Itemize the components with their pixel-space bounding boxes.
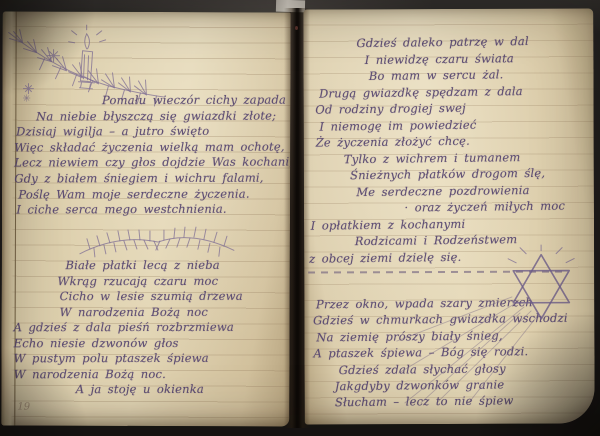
poem-line: Echo niesie dzwonów głos [14, 335, 286, 351]
poem-line: Dzisiaj wigilja – a jutro święto [14, 124, 286, 141]
poem-line: Wkrąg rzucają czaru moc [14, 273, 286, 289]
poem-stanza-left-2: Białe płatki lecą z nieba Wkrąg rzucają … [13, 258, 285, 398]
poem-line: Lecz niewiem czy głos dojdzie Was kochan… [14, 155, 286, 172]
poem-line: I ciche serca mego westchnienia. [14, 202, 286, 219]
left-page: ✳ Pomału wieczór cichy zapada Na niebie … [1, 11, 290, 426]
poem-line: W narodzenia Bożą noc [14, 304, 286, 320]
poem-line: Pomału wieczór cichy zapada [14, 93, 286, 110]
notebook-photo: ✳ Pomału wieczór cichy zapada Na niebie … [0, 0, 600, 436]
right-page: Gdzieś daleko patrzę w dal I niewidzę cz… [303, 8, 594, 424]
poem-line: Cicho w lesie szumią drzewa [14, 289, 286, 305]
poem-stanza-right-1: Gdzieś daleko patrzę w dal I niewidzę cz… [306, 32, 591, 266]
poem-line: A gdzieś z dala pieśń rozbrzmiewa [14, 320, 286, 336]
dashed-divider-line [308, 271, 564, 274]
poem-line: Na niebie błyszczą się gwiazdki złote; [14, 108, 286, 125]
poem-line: W narodzenia Bożą noc. [14, 366, 286, 382]
ink-speck [295, 26, 298, 30]
poem-line: Słucham – lecz to nie śpiew [309, 392, 591, 411]
poem-line: z obcej ziemi dzielę się. [309, 247, 591, 267]
poem-line: W pustym polu ptaszek śpiewa [14, 351, 286, 367]
laurel-sprig-divider-drawing [74, 218, 239, 261]
poem-stanza-right-2: Przez okno, wpada szary zmierzch Gdzieś … [308, 294, 591, 412]
poem-line: Białe płatki lecą z nieba [13, 258, 285, 274]
poem-line: Gdzieś w chmurkach gwiazdka wschodzi [308, 310, 590, 329]
poem-line: Więc składać życzenia wielką mam ochotę, [14, 139, 286, 156]
poem-line: Gdy z białem śniegiem i wichru falami, [14, 171, 286, 188]
page-number: 19 [17, 402, 30, 413]
poem-line: · oraz życzeń miłych moc [308, 197, 590, 217]
poem-stanza-left-1: Pomału wieczór cichy zapada Na niebie bł… [14, 93, 286, 219]
binding-gutter [284, 8, 310, 428]
poem-line: A ja stoję u okienka [14, 382, 286, 398]
poem-line: Poślę Wam moje serdeczne życzenia. [14, 186, 286, 203]
